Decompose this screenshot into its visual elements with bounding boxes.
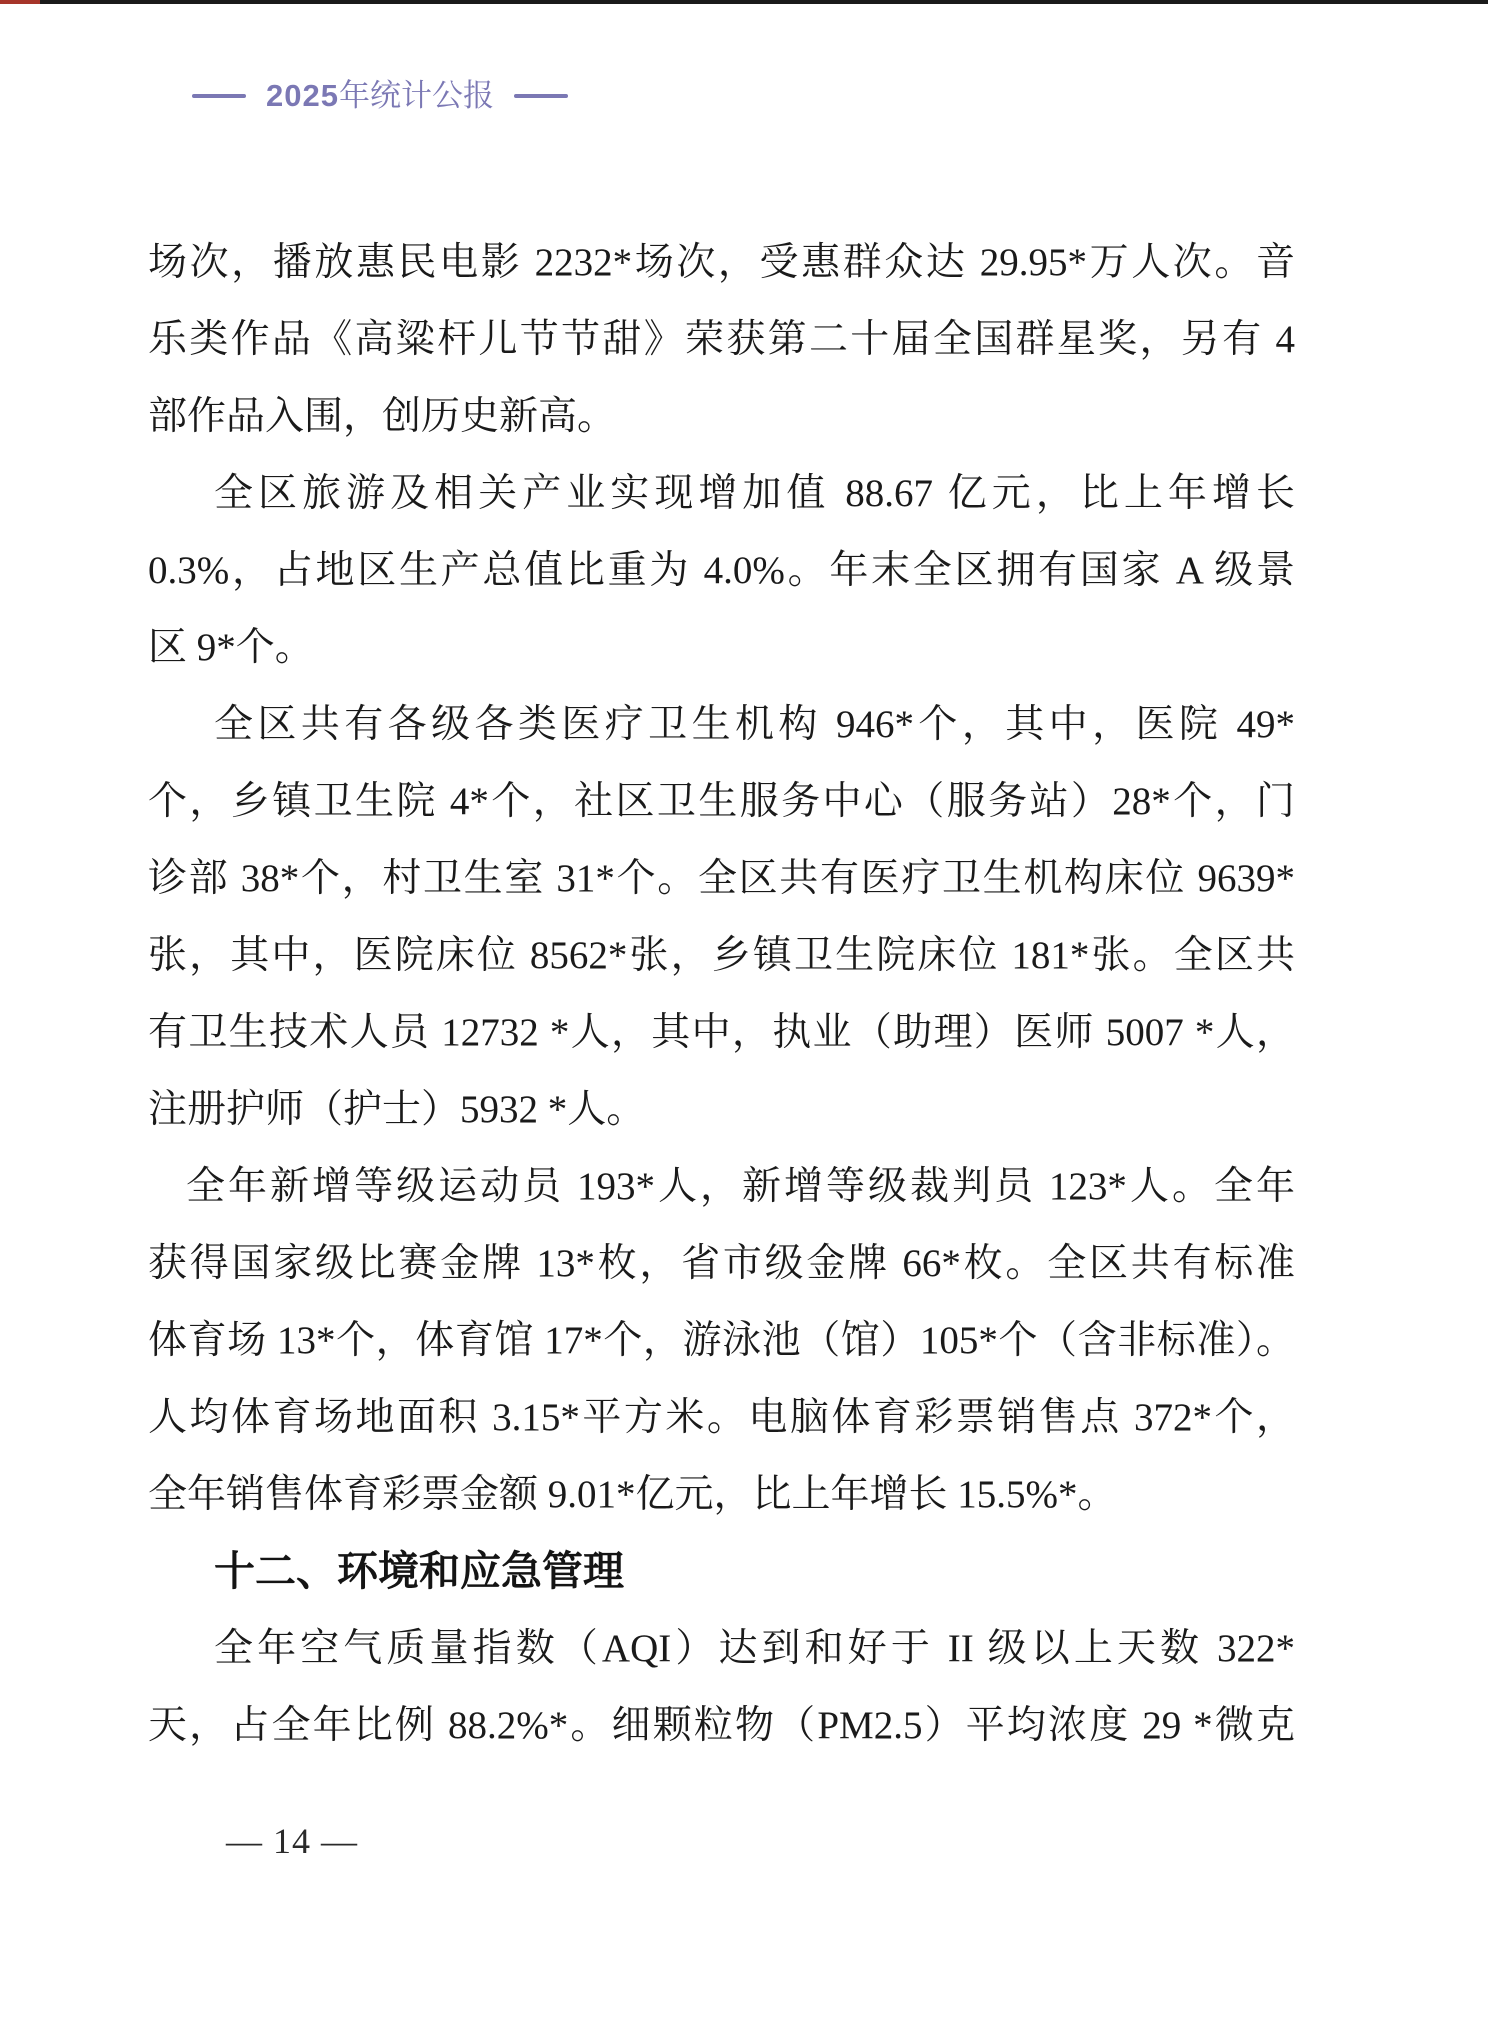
top-edge-accent	[0, 0, 40, 4]
text-line: 有卫生技术人员 12732 *人，其中，执业（助理）医师 5007 *人，	[148, 994, 1295, 1071]
top-edge-bar	[0, 0, 1488, 4]
text-line: 全区旅游及相关产业实现增加值 88.67 亿元，比上年增长	[148, 455, 1295, 532]
text-line: 张，其中，医院床位 8562*张，乡镇卫生院床位 181*张。全区共	[148, 917, 1295, 994]
page-number: — 14 —	[226, 1823, 358, 1859]
text-line: 人均体育场地面积 3.15*平方米。电脑体育彩票销售点 372*个，	[148, 1379, 1295, 1456]
text-line: 部作品入围，创历史新高。	[148, 378, 1295, 455]
body-text-block: 场次，播放惠民电影 2232*场次，受惠群众达 29.95*万人次。音 乐类作品…	[148, 224, 1295, 1764]
text-line: 0.3%，占地区生产总值比重为 4.0%。年末全区拥有国家 A 级景	[148, 532, 1295, 609]
text-line: 注册护师（护士）5932 *人。	[148, 1071, 1295, 1148]
page-header: 2025年统计公报	[192, 80, 568, 111]
text-line: 全年销售体育彩票金额 9.01*亿元，比上年增长 15.5%*。	[148, 1456, 1295, 1533]
section-heading: 十二、环境和应急管理	[148, 1533, 1295, 1610]
header-year: 2025	[266, 78, 339, 113]
text-line: 个，乡镇卫生院 4*个，社区卫生服务中心（服务站）28*个，门	[148, 763, 1295, 840]
text-line: 体育场 13*个，体育馆 17*个，游泳池（馆）105*个（含非标准）。	[148, 1302, 1295, 1379]
text-line: 全年新增等级运动员 193*人，新增等级裁判员 123*人。全年	[148, 1148, 1295, 1225]
header-rule-right-icon	[514, 94, 568, 98]
text-line: 全区共有各级各类医疗卫生机构 946*个，其中，医院 49*	[148, 686, 1295, 763]
text-line: 区 9*个。	[148, 609, 1295, 686]
text-line: 诊部 38*个，村卫生室 31*个。全区共有医疗卫生机构床位 9639*	[148, 840, 1295, 917]
document-page: 2025年统计公报 场次，播放惠民电影 2232*场次，受惠群众达 29.95*…	[0, 0, 1488, 2019]
text-line: 全年空气质量指数（AQI）达到和好于 II 级以上天数 322*	[148, 1610, 1295, 1687]
text-line: 获得国家级比赛金牌 13*枚，省市级金牌 66*枚。全区共有标准	[148, 1225, 1295, 1302]
header-title: 2025年统计公报	[266, 80, 494, 111]
text-line: 乐类作品《高粱杆儿节节甜》荣获第二十届全国群星奖，另有 4	[148, 301, 1295, 378]
text-line: 场次，播放惠民电影 2232*场次，受惠群众达 29.95*万人次。音	[148, 224, 1295, 301]
header-title-suffix: 年统计公报	[339, 78, 494, 113]
header-rule-left-icon	[192, 94, 246, 98]
text-line: 天，占全年比例 88.2%*。细颗粒物（PM2.5）平均浓度 29 *微克	[148, 1687, 1295, 1764]
